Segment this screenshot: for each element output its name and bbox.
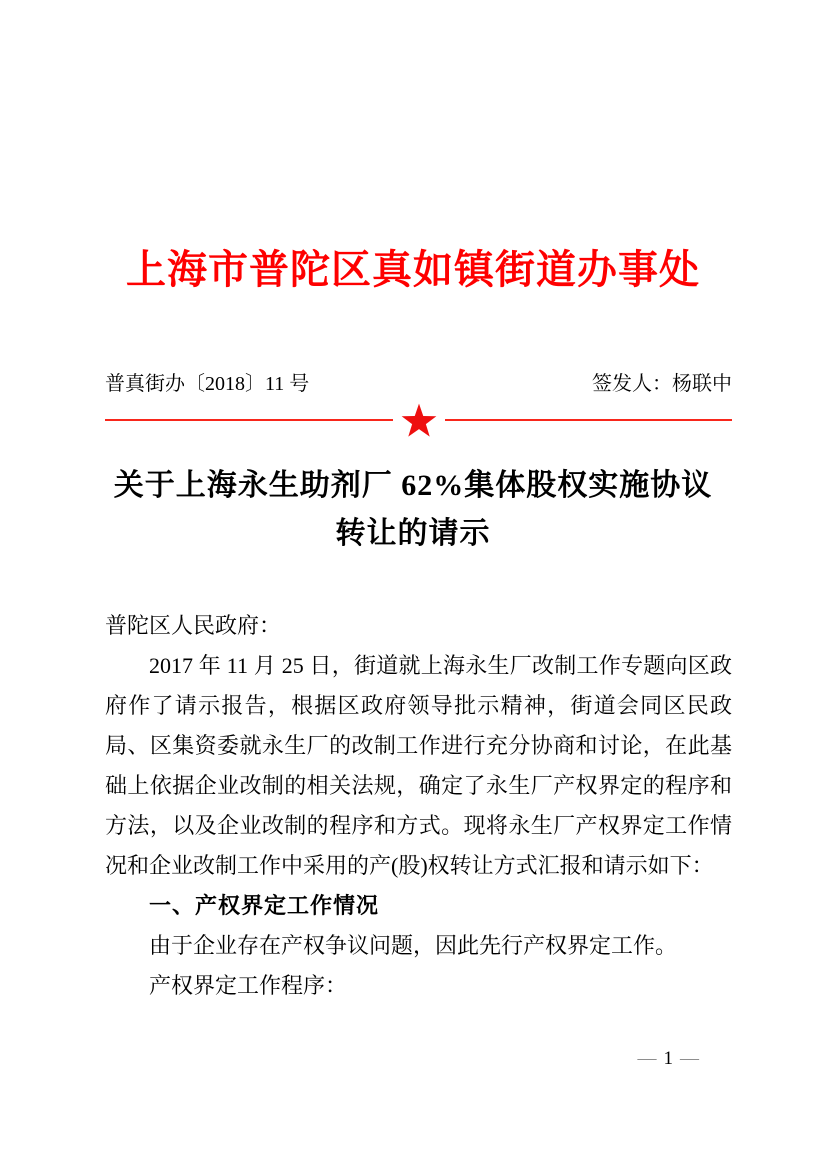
- divider-line-right: [445, 419, 733, 421]
- document-title: 关于上海永生助剂厂 62%集体股权实施协议 转让的请示: [0, 462, 826, 558]
- page-number-dash-left: —: [632, 1048, 664, 1069]
- divider-line-left: [105, 419, 393, 421]
- issuer: 签发人：杨联中: [592, 367, 732, 396]
- document-meta-row: 普真街办〔2018〕11 号 签发人：杨联中: [105, 367, 732, 396]
- document-title-line-2: 转让的请示: [336, 517, 491, 550]
- issuing-org-name: 上海市普陀区真如镇街道办事处: [0, 238, 826, 295]
- paragraph-intro: 2017 年 11 月 25 日，街道就上海永生厂改制工作专题向区政府作了请示报…: [105, 646, 732, 886]
- page-number-dash-right: —: [674, 1048, 706, 1069]
- section-heading: 一、产权界定工作情况: [105, 886, 732, 926]
- document-title-line-1: 关于上海永生助剂厂 62%集体股权实施协议: [114, 469, 713, 502]
- document-body: 普陀区人民政府： 2017 年 11 月 25 日，街道就上海永生厂改制工作专题…: [105, 606, 732, 1006]
- paragraph-dispute: 由于企业存在产权争议问题，因此先行产权界定工作。: [105, 926, 732, 966]
- document-number: 普真街办〔2018〕11 号: [105, 367, 309, 396]
- salutation: 普陀区人民政府：: [105, 606, 732, 646]
- document-page: 上海市普陀区真如镇街道办事处 普真街办〔2018〕11 号 签发人：杨联中 关于…: [0, 0, 826, 1169]
- paragraph-procedure: 产权界定工作程序：: [105, 966, 732, 1006]
- red-divider-rule: [105, 400, 732, 440]
- page-number: —1—: [632, 1048, 707, 1070]
- star-icon: [400, 401, 438, 439]
- page-number-value: 1: [664, 1048, 675, 1069]
